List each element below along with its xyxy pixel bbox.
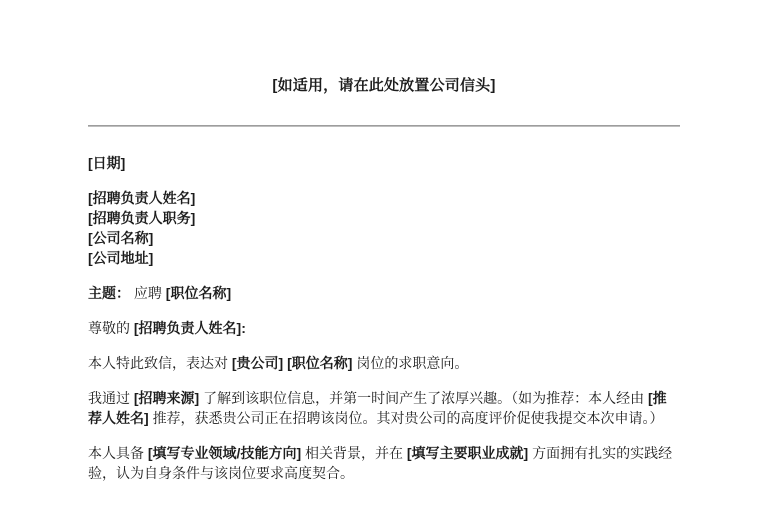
source-paragraph: 我通过 [招聘来源] 了解到该职位信息，并第一时间产生了浓厚兴趣。（如为推荐：本… bbox=[88, 388, 680, 428]
source-text-mid: 了解到该职位信息，并第一时间产生了浓厚兴趣。（如为推荐：本人经由 bbox=[203, 390, 648, 406]
recipient-title: [招聘负责人职务] bbox=[88, 208, 680, 228]
subject-label: 主题： bbox=[88, 285, 130, 301]
horizontal-divider bbox=[88, 125, 680, 127]
subject-line: 主题： 应聘 [职位名称] bbox=[88, 283, 680, 303]
date-placeholder: [日期] bbox=[88, 153, 680, 173]
subject-position-placeholder: [职位名称] bbox=[166, 285, 231, 301]
salutation-prefix: 尊敬的 bbox=[88, 320, 134, 336]
salutation-name-placeholder: [招聘负责人姓名]: bbox=[134, 320, 246, 336]
subject-verb: 应聘 bbox=[134, 285, 166, 301]
achievement-placeholder: [填写主要职业成就] bbox=[407, 445, 528, 461]
letter-page: [如适用，请在此处放置公司信头] [日期] [招聘负责人姓名] [招聘负责人职务… bbox=[0, 0, 768, 513]
recipient-company: [公司名称] bbox=[88, 228, 680, 248]
job-source-placeholder: [招聘来源] bbox=[134, 390, 199, 406]
skill-area-placeholder: [填写专业领域/技能方向] bbox=[148, 445, 301, 461]
intro-text-end: 岗位的求职意向。 bbox=[356, 355, 468, 371]
source-text-end: 推荐，获悉贵公司正在招聘该岗位。其对贵公司的高度评价促使我提交本次申请。） bbox=[153, 410, 664, 426]
letter-content: [如适用，请在此处放置公司信头] [日期] [招聘负责人姓名] [招聘负责人职务… bbox=[0, 0, 768, 483]
recipient-name: [招聘负责人姓名] bbox=[88, 188, 680, 208]
recipient-block: [招聘负责人姓名] [招聘负责人职务] [公司名称] [公司地址] bbox=[88, 188, 680, 268]
letterhead-placeholder: [如适用，请在此处放置公司信头] bbox=[88, 77, 680, 95]
intro-paragraph: 本人特此致信，表达对 [贵公司] [职位名称] 岗位的求职意向。 bbox=[88, 353, 680, 373]
company-position-placeholder: [贵公司] [职位名称] bbox=[232, 355, 353, 371]
fit-text-mid: 相关背景，并在 bbox=[305, 445, 407, 461]
intro-text: 本人特此致信，表达对 bbox=[88, 355, 232, 371]
salutation-line: 尊敬的 [招聘负责人姓名]: bbox=[88, 318, 680, 338]
recipient-address: [公司地址] bbox=[88, 248, 680, 268]
source-text: 我通过 bbox=[88, 390, 134, 406]
fit-text: 本人具备 bbox=[88, 445, 148, 461]
qualification-paragraph: 本人具备 [填写专业领域/技能方向] 相关背景，并在 [填写主要职业成就] 方面… bbox=[88, 443, 680, 483]
